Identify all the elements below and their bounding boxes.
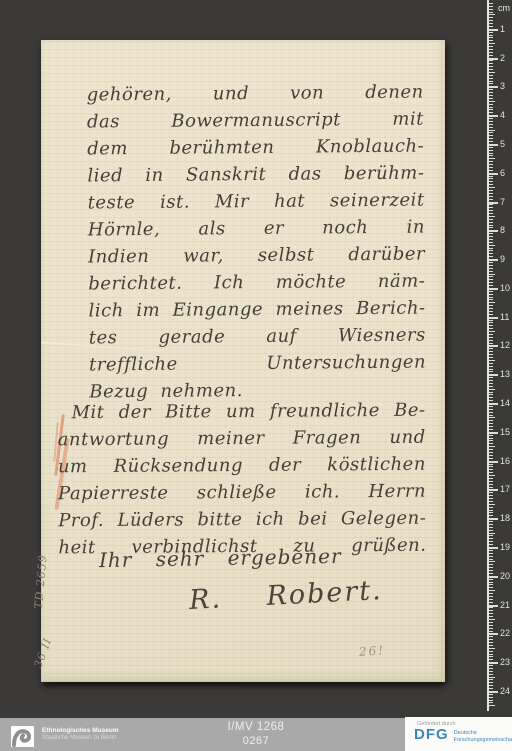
ruler-tick [489, 440, 493, 441]
ruler-tick [489, 328, 493, 329]
ruler-tick [489, 452, 493, 453]
ruler-tick [489, 256, 493, 257]
manuscript-scan-view: gehören, und von denendas Bowermanuscrip… [0, 0, 512, 751]
ruler-number: 6 [500, 168, 505, 178]
dfg-name-line1: Deutsche [454, 730, 477, 736]
ruler-number: 22 [500, 628, 510, 638]
ruler-number: 4 [500, 110, 505, 120]
ruler-tick [489, 337, 493, 338]
ruler-tick [489, 86, 498, 88]
ruler-tick [489, 343, 493, 344]
ruler-tick [489, 518, 498, 520]
ruler-tick [489, 322, 493, 323]
ruler-tick [489, 596, 493, 597]
ruler-tick [489, 622, 493, 623]
letter-line: gehören, und von denen [87, 79, 424, 109]
ruler-tick [489, 429, 493, 430]
letter-closing: Ihr sehr ergebener [99, 544, 342, 572]
ruler-tick [489, 282, 493, 283]
ruler-tick [489, 340, 493, 341]
ruler-tick [489, 674, 493, 675]
ruler-tick [489, 567, 493, 568]
ruler-tick [489, 564, 493, 565]
letter-line: Papierreste schließe ich. Herrn [58, 478, 426, 508]
letter-line: treffliche Untersuchungen [89, 349, 426, 379]
ruler-number: 19 [500, 542, 510, 552]
ruler-tick [489, 363, 493, 364]
ruler-number: 23 [500, 657, 510, 667]
ruler-tick [489, 484, 493, 485]
ruler-tick [489, 219, 493, 220]
ruler-tick [489, 302, 495, 303]
ruler-tick [489, 495, 493, 496]
ruler-tick [489, 607, 493, 608]
dfg-full-name: Deutsche Forschungsgemeinschaft [454, 730, 512, 743]
ruler-tick [489, 55, 493, 56]
letter-paragraph-1: gehören, und von denendas Bowermanuscrip… [87, 79, 427, 406]
ruler-tick [489, 544, 493, 545]
ruler-tick [489, 78, 493, 79]
signature: R. Robert. [188, 575, 383, 616]
ruler-tick [489, 469, 493, 470]
ruler-tick [489, 9, 493, 10]
ruler-tick [489, 360, 495, 361]
ruler-tick [489, 72, 495, 73]
ruler-tick [489, 417, 495, 418]
ruler-tick [489, 75, 493, 76]
ruler-tick [489, 311, 493, 312]
ruler-tick [489, 481, 493, 482]
ruler-tick [489, 43, 495, 44]
ruler-tick [489, 475, 495, 476]
ruler-tick [489, 317, 498, 319]
ruler-tick [489, 656, 493, 657]
ruler-tick [489, 314, 493, 315]
letter-line: berichtet. Ich möchte näm- [88, 268, 425, 298]
pencil-page-number: 26! [359, 643, 386, 659]
ruler-tick [489, 173, 498, 175]
ruler-scale: cm 1234567891011121314151617181920212223… [487, 0, 512, 713]
ruler-tick [489, 89, 493, 90]
ruler-tick [489, 354, 493, 355]
ruler-tick [489, 299, 493, 300]
ruler-tick [489, 92, 493, 93]
ruler-tick [489, 631, 493, 632]
letter-paragraph-2: Mit der Bitte um freundliche Be-antwortu… [57, 397, 426, 562]
ruler-tick [489, 651, 493, 652]
dfg-name-line2: Forschungsgemeinschaft [454, 737, 512, 743]
ruler-tick [489, 107, 493, 108]
ruler-tick [489, 184, 493, 185]
ruler-tick [489, 487, 493, 488]
ruler-tick [489, 369, 493, 370]
ruler-tick [489, 294, 493, 295]
ruler-tick [489, 570, 493, 571]
ruler-tick [489, 605, 498, 607]
letter-line: Prof. Lüders bitte ich bei Gelegen- [58, 505, 426, 535]
ruler-tick [489, 63, 493, 64]
ruler-tick [489, 193, 493, 194]
ruler-tick [489, 613, 493, 614]
ruler-tick [489, 602, 493, 603]
ruler-tick [489, 153, 493, 154]
ruler-tick [489, 69, 493, 70]
ruler-tick [489, 691, 498, 693]
ruler-tick [489, 438, 493, 439]
letter-line: lied in Sanskrit das berühm- [87, 160, 424, 190]
ruler-tick [489, 37, 493, 38]
ruler-tick [489, 423, 493, 424]
ruler-tick [489, 274, 495, 275]
ruler-tick [489, 576, 498, 578]
ruler-tick [489, 415, 493, 416]
ruler-tick [489, 187, 495, 188]
ruler-tick [489, 435, 493, 436]
ruler-tick [489, 685, 493, 686]
ruler-number: 1 [500, 24, 505, 34]
ruler-number: 11 [500, 312, 509, 322]
ruler-number: 14 [500, 398, 510, 408]
ruler-tick [489, 58, 498, 60]
ruler-tick [489, 242, 493, 243]
ruler-tick [489, 694, 493, 695]
ruler-tick [489, 138, 493, 139]
ruler-tick [489, 271, 493, 272]
dfg-funding-box: Gefördert durch DFG Deutsche Forschungsg… [405, 717, 512, 751]
ruler-tick [489, 432, 498, 434]
ruler-tick [489, 222, 493, 223]
ruler-tick [489, 334, 493, 335]
ruler-tick [489, 443, 493, 444]
ruler-tick [489, 380, 493, 381]
ruler-tick [489, 697, 493, 698]
ruler-tick [489, 547, 498, 549]
ruler-tick [489, 464, 493, 465]
ruler-tick [489, 210, 493, 211]
letter-line: Hörnle, als er noch in [88, 214, 425, 244]
ruler-tick [489, 20, 493, 21]
ruler-tick [489, 253, 493, 254]
ruler-tick [489, 426, 493, 427]
ruler-tick [489, 521, 493, 522]
ruler-tick [489, 535, 493, 536]
ruler-tick [489, 507, 493, 508]
ruler-tick [489, 320, 493, 321]
ruler-tick [489, 265, 493, 266]
ruler-tick [489, 40, 493, 41]
ruler-tick [489, 216, 495, 217]
ruler-tick [489, 285, 493, 286]
ruler-tick [489, 582, 493, 583]
ruler-tick [489, 700, 493, 701]
ruler-tick [489, 276, 493, 277]
letter-page: gehören, und von denendas Bowermanuscrip… [41, 40, 445, 682]
ruler-number: 8 [500, 225, 505, 235]
ruler-tick [489, 377, 493, 378]
ruler-tick [489, 213, 493, 214]
ruler-number: 17 [500, 484, 510, 494]
ruler-tick [489, 181, 493, 182]
ruler-tick [489, 164, 493, 165]
ruler-tick [489, 167, 493, 168]
ruler-tick [489, 538, 493, 539]
ruler-tick [489, 297, 493, 298]
ruler-tick [489, 199, 493, 200]
ruler-tick [489, 35, 493, 36]
ruler-number: 18 [500, 513, 510, 523]
ruler-tick [489, 702, 493, 703]
ruler-tick [489, 325, 493, 326]
ruler-tick [489, 374, 498, 376]
ruler-tick [489, 170, 493, 171]
ruler-tick [489, 204, 493, 205]
letter-line: teste ist. Mir hat seinerzeit [88, 187, 425, 217]
ruler-tick [489, 29, 498, 31]
ruler-tick [489, 455, 493, 456]
letter-line: Mit der Bitte um freundliche Be- [57, 397, 425, 427]
ruler-tick [489, 512, 493, 513]
ruler-tick [489, 420, 493, 421]
ruler-tick [489, 625, 493, 626]
letter-line: antwortung meiner Fragen und [58, 424, 426, 454]
ruler-tick [489, 633, 498, 635]
ruler-tick [489, 530, 493, 531]
letter-line: das Bowermanuscript mit [87, 106, 424, 136]
ruler-tick [489, 515, 493, 516]
ruler-tick [489, 645, 493, 646]
ruler-tick [489, 250, 493, 251]
ruler-tick [489, 147, 493, 148]
ruler-tick [489, 510, 493, 511]
ruler-tick [489, 118, 493, 119]
letter-line: dem berühmten Knoblauch- [87, 133, 424, 163]
ruler-number: 10 [500, 283, 510, 293]
margin-note-inventory: TD 2659 [32, 539, 52, 610]
ruler-tick [489, 81, 493, 82]
ruler-tick [489, 308, 493, 309]
ruler-tick [489, 26, 493, 27]
ruler-tick [489, 351, 493, 352]
ruler-number: 15 [500, 427, 510, 437]
ruler-tick [489, 239, 493, 240]
letter-line: tes gerade auf Wiesners [89, 322, 426, 352]
ruler-tick [489, 190, 493, 191]
ruler-tick [489, 682, 493, 683]
ruler-tick [489, 101, 495, 102]
ruler-tick [489, 458, 493, 459]
ruler-tick [489, 383, 493, 384]
footer-bar: Ethnologisches Museum Staatliche Museen … [0, 718, 512, 751]
ruler-tick [489, 553, 493, 554]
ruler-tick [489, 132, 493, 133]
ruler-tick [489, 3, 493, 4]
ruler-tick [489, 178, 493, 179]
ruler-tick [489, 648, 495, 649]
ruler-number: 7 [500, 197, 505, 207]
ruler-tick [489, 141, 493, 142]
letter-line: Indien war, selbst darüber [88, 241, 425, 271]
ruler-tick [489, 688, 493, 689]
ruler-tick [489, 366, 493, 367]
ruler-tick [489, 677, 495, 678]
ruler-tick [489, 150, 493, 151]
ruler-tick [489, 144, 498, 146]
ruler-tick [489, 556, 493, 557]
ruler-tick [489, 449, 493, 450]
ruler-tick [489, 668, 493, 669]
ruler-tick [489, 397, 493, 398]
ruler-tick [489, 112, 493, 113]
ruler-tick [489, 12, 493, 13]
letter-line: lich im Eingange meines Berich- [88, 295, 425, 325]
ruler-tick [489, 524, 493, 525]
ruler-tick [489, 268, 493, 269]
ruler-tick [489, 248, 493, 249]
ruler-tick [489, 124, 493, 125]
ruler-tick [489, 291, 493, 292]
ruler-tick [489, 121, 493, 122]
ruler-tick [489, 176, 493, 177]
ruler-number: 3 [500, 81, 505, 91]
ruler-tick [489, 225, 493, 226]
ruler-tick [489, 6, 493, 7]
ruler-tick [489, 305, 493, 306]
ruler-tick [489, 288, 498, 290]
ruler-tick [489, 587, 493, 588]
ruler-tick [489, 109, 493, 110]
ruler-number: 13 [500, 369, 510, 379]
ruler-tick [489, 599, 493, 600]
ruler-tick [489, 236, 493, 237]
ruler-tick [489, 665, 493, 666]
ruler-tick [489, 227, 493, 228]
ruler-tick [489, 115, 498, 117]
ruler-tick [489, 619, 495, 620]
ruler-tick [489, 23, 493, 24]
ruler-tick [489, 501, 493, 502]
ruler-tick [489, 371, 493, 372]
ruler-tick [489, 83, 493, 84]
ruler-tick [489, 466, 493, 467]
ruler-tick [489, 628, 493, 629]
ruler-tick [489, 406, 493, 407]
ruler-tick [489, 400, 493, 401]
ruler-tick [489, 262, 493, 263]
ruler-tick [489, 541, 493, 542]
ruler-tick [489, 478, 493, 479]
ruler-tick [489, 590, 495, 591]
ruler-tick [489, 127, 493, 128]
ruler-tick [489, 259, 498, 261]
ruler-tick [489, 279, 493, 280]
dfg-logo: DFG Deutsche Forschungsgemeinschaft [414, 728, 512, 743]
ruler-tick [489, 446, 495, 447]
ruler-unit-label: cm [498, 3, 510, 13]
ruler-tick [489, 392, 493, 393]
ruler-tick [489, 135, 493, 136]
ruler-number: 24 [500, 686, 510, 696]
ruler-tick [489, 412, 493, 413]
ruler-number: 16 [500, 456, 510, 466]
ruler-tick [489, 498, 493, 499]
ruler-tick [489, 158, 495, 159]
ruler-tick [489, 593, 493, 594]
ruler-tick [489, 409, 493, 410]
ruler-tick [489, 472, 493, 473]
ruler-tick [489, 386, 493, 387]
ruler-tick [489, 527, 493, 528]
ruler-tick [489, 345, 498, 347]
ruler-tick [489, 561, 495, 562]
ruler-tick [489, 394, 493, 395]
ruler-number: 12 [500, 340, 510, 350]
ruler-tick [489, 60, 493, 61]
ruler-tick [489, 32, 493, 33]
ruler-tick [489, 348, 493, 349]
ruler-tick [489, 642, 493, 643]
ruler-tick [489, 230, 498, 232]
ruler-tick [489, 46, 493, 47]
ruler-tick [489, 504, 495, 505]
ruler-tick [489, 14, 495, 15]
ruler-tick [489, 573, 493, 574]
ruler-tick [489, 130, 495, 131]
ruler-tick [489, 461, 498, 463]
margin-note-number: 36 II [32, 622, 61, 670]
ruler-tick [489, 155, 493, 156]
ruler-tick [489, 550, 493, 551]
ruler-tick [489, 584, 493, 585]
ruler-tick [489, 202, 498, 204]
ruler-tick [489, 245, 495, 246]
ruler-tick [489, 66, 493, 67]
ruler-tick [489, 489, 498, 491]
ruler-tick [489, 233, 493, 234]
ruler-number: 5 [500, 139, 505, 149]
ruler-tick [489, 161, 493, 162]
ruler-number: 20 [500, 571, 510, 581]
dfg-acronym: DFG [414, 728, 449, 742]
ruler-tick [489, 403, 498, 405]
ruler-tick [489, 679, 493, 680]
ruler-number: 9 [500, 254, 505, 264]
ruler-tick [489, 104, 493, 105]
letter-line: um Rücksendung der köstlichen [58, 451, 426, 481]
ruler-tick [489, 639, 493, 640]
ruler-tick [489, 662, 498, 664]
ruler-tick [489, 671, 493, 672]
ruler-tick [489, 331, 495, 332]
ruler-tick [489, 49, 493, 50]
ruler-tick [489, 705, 495, 706]
ruler-tick [489, 52, 493, 53]
ruler-tick [489, 98, 493, 99]
ruler-tick [489, 616, 493, 617]
ruler-number: 2 [500, 53, 505, 63]
ruler-tick [489, 559, 493, 560]
ruler-tick [489, 610, 493, 611]
ruler-tick [489, 636, 493, 637]
ruler-tick [489, 533, 495, 534]
ruler-tick [489, 207, 493, 208]
ruler-tick [489, 17, 493, 18]
ruler-tick [489, 389, 495, 390]
ruler-tick [489, 196, 493, 197]
ruler-tick [489, 659, 493, 660]
ruler-tick [489, 492, 493, 493]
ruler-tick [489, 95, 493, 96]
ruler-tick [489, 579, 493, 580]
